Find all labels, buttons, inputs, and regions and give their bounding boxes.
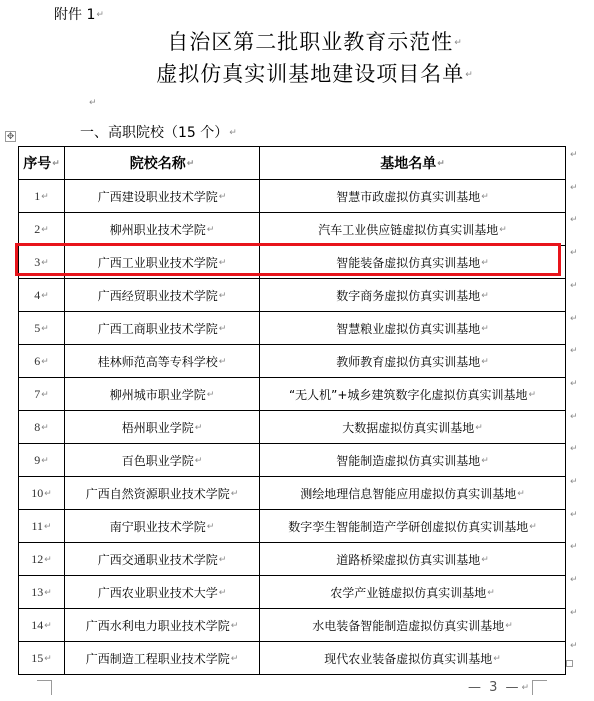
page-corner-mark-right: [532, 680, 547, 695]
cell-number: 2↵: [19, 213, 65, 246]
cell-base-name: 道路桥梁虚拟仿真实训基地↵: [260, 543, 566, 576]
header-number: 序号↵: [19, 147, 65, 180]
cell-number: 6↵: [19, 345, 65, 378]
header-base-name: 基地名单↵: [260, 147, 566, 180]
row-end-mark-icon: ↵: [570, 412, 578, 422]
cell-number: 10↵: [19, 477, 65, 510]
table-row: 10↵广西自然资源职业技术学院↵测绘地理信息智能应用虚拟仿真实训基地↵: [19, 477, 566, 510]
cell-base-name: 教师教育虚拟仿真实训基地↵: [260, 345, 566, 378]
cell-school-name: 柳州职业技术学院↵: [65, 213, 260, 246]
cell-school-name: 广西制造工程职业技术学院↵: [65, 642, 260, 675]
row-end-mark-icon: ↵: [570, 510, 578, 520]
cell-number: 1↵: [19, 180, 65, 213]
table-row: 1↵广西建设职业技术学院↵智慧市政虚拟仿真实训基地↵: [19, 180, 566, 213]
paragraph-mark-icon: ↵: [454, 38, 463, 48]
paragraph-mark-icon: ↵: [229, 128, 237, 138]
paragraph-mark-icon: ↵: [96, 10, 104, 20]
header-school-name: 院校名称↵: [65, 147, 260, 180]
table-row: 3↵广西工业职业技术学院↵智能装备虚拟仿真实训基地↵: [19, 246, 566, 279]
row-end-mark-icon: ↵: [570, 150, 578, 160]
table-row: 7↵柳州城市职业学院↵“无人机”+城乡建筑数字化虚拟仿真实训基地↵: [19, 378, 566, 411]
cell-school-name: 广西建设职业技术学院↵: [65, 180, 260, 213]
table-row: 13↵广西农业职业技术大学↵农学产业链虚拟仿真实训基地↵: [19, 576, 566, 609]
cell-number: 12↵: [19, 543, 65, 576]
cell-base-name: 现代农业装备虚拟仿真实训基地↵: [260, 642, 566, 675]
paragraph-mark-icon: ↵: [465, 70, 474, 80]
row-end-mark-icon: ↵: [570, 314, 578, 324]
attachment-label: 附件 1↵: [54, 4, 104, 24]
table-row: 11↵南宁职业技术学院↵数字孪生智能制造产学研创虚拟仿真实训基地↵: [19, 510, 566, 543]
table-resize-handle-icon[interactable]: [566, 660, 573, 667]
cell-school-name: 梧州职业学院↵: [65, 411, 260, 444]
cell-school-name: 广西经贸职业技术学院↵: [65, 279, 260, 312]
cell-school-name: 广西自然资源职业技术学院↵: [65, 477, 260, 510]
table-row: 12↵广西交通职业技术学院↵道路桥梁虚拟仿真实训基地↵: [19, 543, 566, 576]
cell-school-name: 南宁职业技术学院↵: [65, 510, 260, 543]
table-row: 4↵广西经贸职业技术学院↵数字商务虚拟仿真实训基地↵: [19, 279, 566, 312]
cell-school-name: 桂林师范高等专科学校↵: [65, 345, 260, 378]
cell-number: 3↵: [19, 246, 65, 279]
cell-base-name: 数字孪生智能制造产学研创虚拟仿真实训基地↵: [260, 510, 566, 543]
cell-base-name: 测绘地理信息智能应用虚拟仿真实训基地↵: [260, 477, 566, 510]
table-move-handle-icon[interactable]: ✥: [5, 131, 16, 142]
cell-base-name: 智能制造虚拟仿真实训基地↵: [260, 444, 566, 477]
cell-school-name: 广西工业职业技术学院↵: [65, 246, 260, 279]
cell-school-name: 广西农业职业技术大学↵: [65, 576, 260, 609]
cell-number: 11↵: [19, 510, 65, 543]
row-end-mark-icon: ↵: [570, 608, 578, 618]
table-row: 5↵广西工商职业技术学院↵智慧粮业虚拟仿真实训基地↵: [19, 312, 566, 345]
row-end-mark-icon: ↵: [570, 575, 578, 585]
cell-base-name: 汽车工业供应链虚拟仿真实训基地↵: [260, 213, 566, 246]
cell-number: 5↵: [19, 312, 65, 345]
cell-number: 8↵: [19, 411, 65, 444]
table-row: 8↵梧州职业学院↵大数据虚拟仿真实训基地↵: [19, 411, 566, 444]
row-end-mark-icon: ↵: [570, 379, 578, 389]
document-title-line-1: 自治区第二批职业教育示范性↵: [18, 26, 594, 56]
document-title-line-2: 虚拟仿真实训基地建设项目名单↵: [18, 58, 594, 88]
table-row: 14↵广西水利电力职业技术学院↵水电装备智能制造虚拟仿真实训基地↵: [19, 609, 566, 642]
cell-base-name: 智慧粮业虚拟仿真实训基地↵: [260, 312, 566, 345]
row-end-mark-icon: ↵: [570, 183, 578, 193]
row-end-mark-icon: ↵: [570, 248, 578, 258]
row-end-mark-icon: ↵: [570, 346, 578, 356]
cell-school-name: 广西交通职业技术学院↵: [65, 543, 260, 576]
paragraph-mark-icon: ↵: [89, 98, 97, 108]
row-end-mark-icon: ↵: [570, 444, 578, 454]
row-end-mark-icon: ↵: [570, 542, 578, 552]
table-row: 9↵百色职业学院↵智能制造虚拟仿真实训基地↵: [19, 444, 566, 477]
page-corner-mark-left: [37, 680, 52, 695]
cell-number: 9↵: [19, 444, 65, 477]
cell-base-name: 智慧市政虚拟仿真实训基地↵: [260, 180, 566, 213]
cell-base-name: 水电装备智能制造虚拟仿真实训基地↵: [260, 609, 566, 642]
cell-number: 7↵: [19, 378, 65, 411]
table-row: 2↵柳州职业技术学院↵汽车工业供应链虚拟仿真实训基地↵: [19, 213, 566, 246]
cell-base-name: 农学产业链虚拟仿真实训基地↵: [260, 576, 566, 609]
table-row: 15↵广西制造工程职业技术学院↵现代农业装备虚拟仿真实训基地↵: [19, 642, 566, 675]
cell-number: 4↵: [19, 279, 65, 312]
cell-school-name: 百色职业学院↵: [65, 444, 260, 477]
row-end-mark-icon: ↵: [570, 281, 578, 291]
cell-base-name: 大数据虚拟仿真实训基地↵: [260, 411, 566, 444]
row-end-mark-icon: ↵: [570, 215, 578, 225]
cell-school-name: 广西工商职业技术学院↵: [65, 312, 260, 345]
section-heading: 一、高职院校（15 个）↵: [80, 122, 237, 142]
page-number: — 3 —↵: [468, 680, 531, 695]
cell-base-name: 智能装备虚拟仿真实训基地↵: [260, 246, 566, 279]
cell-school-name: 广西水利电力职业技术学院↵: [65, 609, 260, 642]
schools-table: 序号↵ 院校名称↵ 基地名单↵ 1↵广西建设职业技术学院↵智慧市政虚拟仿真实训基…: [18, 146, 566, 675]
table-row: 6↵桂林师范高等专科学校↵教师教育虚拟仿真实训基地↵: [19, 345, 566, 378]
row-end-mark-icon: ↵: [570, 477, 578, 487]
cell-base-name: “无人机”+城乡建筑数字化虚拟仿真实训基地↵: [260, 378, 566, 411]
cell-number: 14↵: [19, 609, 65, 642]
cell-school-name: 柳州城市职业学院↵: [65, 378, 260, 411]
cell-number: 15↵: [19, 642, 65, 675]
cell-number: 13↵: [19, 576, 65, 609]
cell-base-name: 数字商务虚拟仿真实训基地↵: [260, 279, 566, 312]
row-end-mark-icon: ↵: [570, 641, 578, 651]
table-header-row: 序号↵ 院校名称↵ 基地名单↵: [19, 147, 566, 180]
